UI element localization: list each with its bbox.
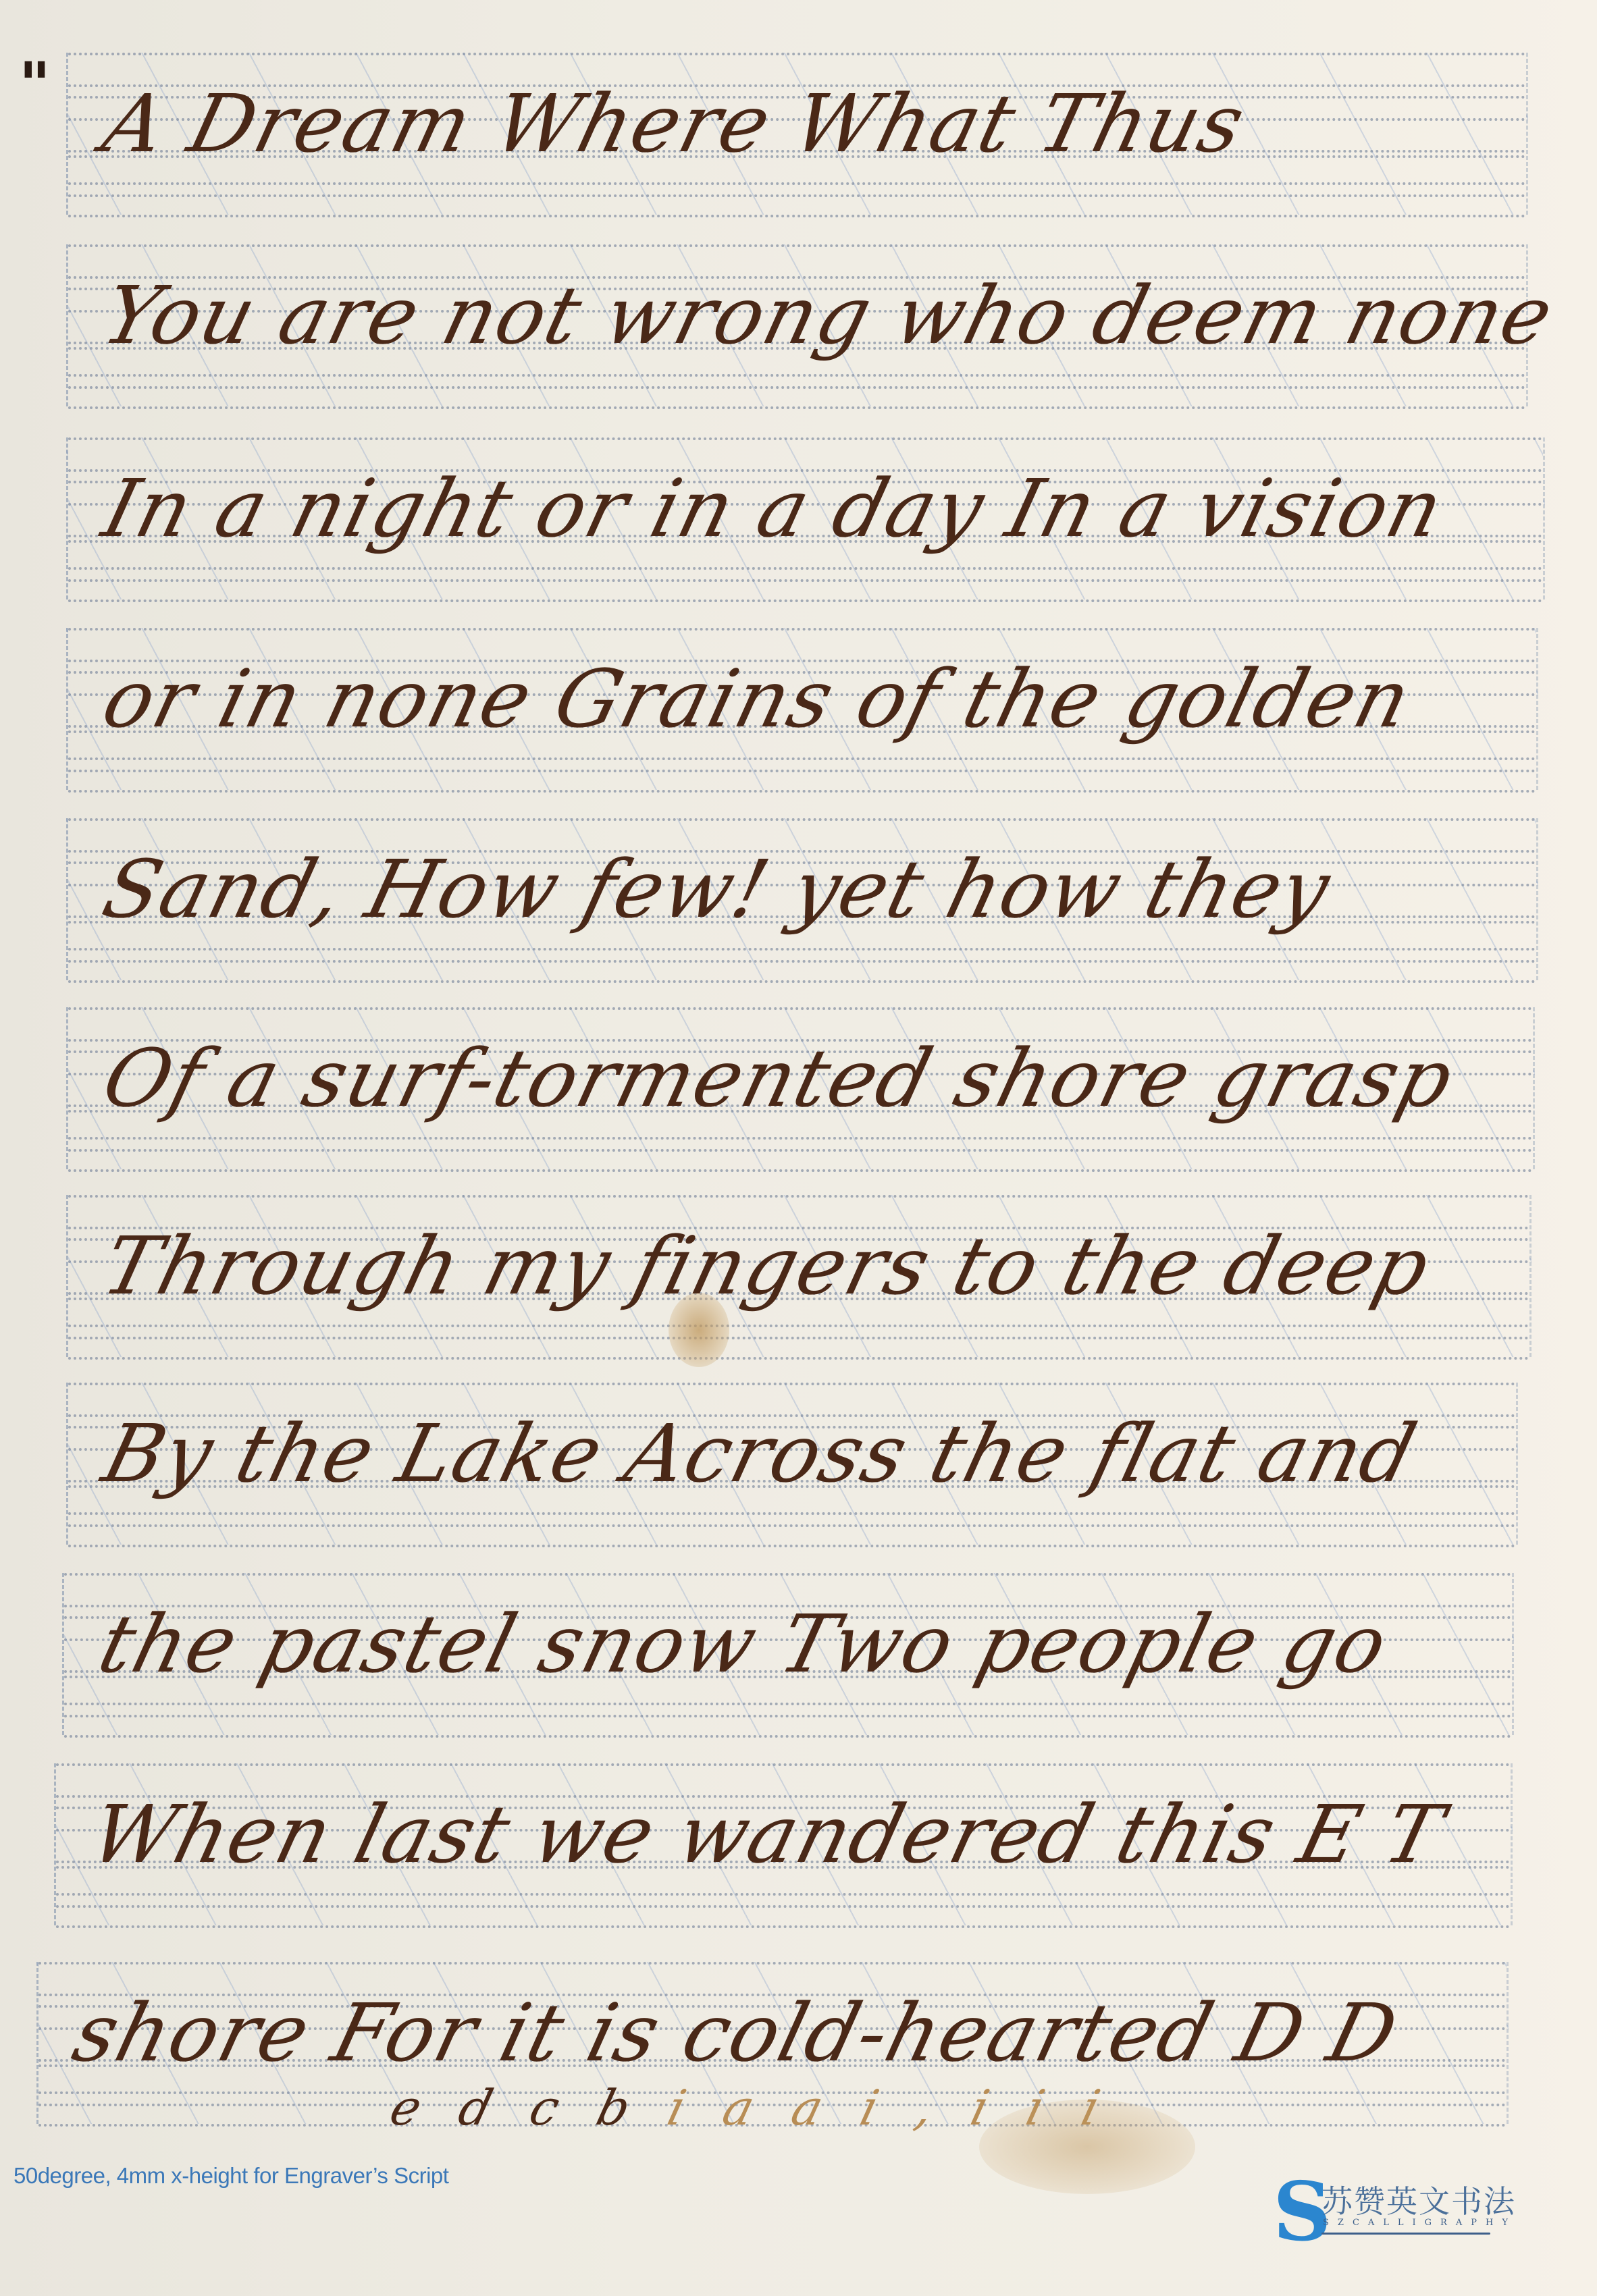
calligraphy-practice-sheet: " A Dream Where What Thus You are not wr… — [0, 0, 1597, 2296]
opening-quote-mark: " — [19, 54, 51, 115]
ink-stain — [669, 1293, 729, 1367]
logo-chinese-name: 苏赞英文书法 — [1321, 2177, 1516, 2222]
guideline-block-1: A Dream Where What Thus — [66, 53, 1528, 215]
guideline-block-4: or in none Grains of the golden — [66, 628, 1538, 790]
practice-strokes-dark: e d c b — [385, 2079, 649, 2136]
guideline-block-6: Of a surf-tormented shore grasp — [66, 1007, 1535, 1169]
script-line-5: Sand, How few! yet how they — [93, 838, 1341, 940]
guideline-block-2: You are not wrong who deem none — [66, 244, 1528, 406]
script-line-4: or in none Grains of the golden — [93, 648, 1421, 749]
guideline-block-9: the pastel snow Two people go — [62, 1573, 1514, 1735]
sheet-caption: 50degree, 4mm x-height for Engraver’s Sc… — [14, 2163, 448, 2189]
guideline-block-7: Through my fingers to the deep — [66, 1195, 1531, 1357]
logo-english-name: SZCALLIGRAPHY — [1323, 2218, 1517, 2228]
script-line-7: Through my fingers to the deep — [93, 1215, 1440, 1316]
guideline-block-5: Sand, How few! yet how they — [66, 818, 1538, 980]
ink-stain — [979, 2100, 1195, 2194]
script-line-6: Of a surf-tormented shore grasp — [93, 1027, 1464, 1129]
guideline-block-8: By the Lake Across the flat and — [66, 1383, 1518, 1545]
script-line-2: You are not wrong who deem none — [93, 265, 1564, 366]
szcalligraphy-logo: S 苏赞英文书法 SZCALLIGRAPHY — [1273, 2177, 1516, 2251]
script-line-3: In a night or in a day In a vision — [93, 458, 1454, 559]
guideline-block-3: In a night or in a day In a vision — [66, 437, 1545, 599]
logo-underline — [1321, 2233, 1490, 2235]
guideline-block-10: When last we wandered this E T — [54, 1763, 1513, 1925]
script-line-10: When last we wandered this E T — [81, 1784, 1455, 1885]
script-line-9: the pastel snow Two people go — [89, 1593, 1398, 1694]
script-line-8: By the Lake Across the flat and — [93, 1403, 1427, 1504]
script-line-1: A Dream Where What Thus — [93, 73, 1255, 174]
script-line-11: shore For it is cold-hearted D D — [63, 1982, 1408, 2083]
